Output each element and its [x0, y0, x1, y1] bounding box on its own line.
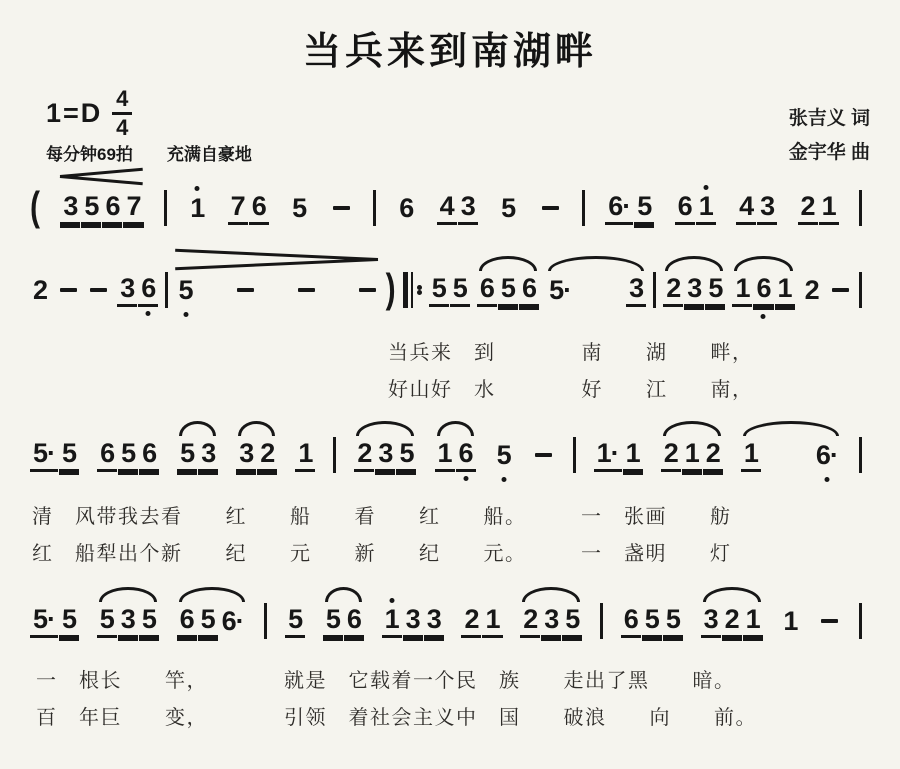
note [87, 275, 110, 305]
note-group: 5 [285, 605, 305, 638]
note: 2 [257, 439, 277, 472]
note-digit: 1 [190, 195, 204, 222]
note: 5 [323, 605, 343, 638]
note: 3 [198, 439, 218, 472]
duration-dash [542, 206, 559, 210]
note-digit: 7 [126, 193, 140, 220]
note-group [57, 275, 80, 305]
note: 1 [780, 606, 800, 636]
note-digit: 2 [260, 440, 274, 467]
octave-dot-below [183, 312, 188, 317]
parenthesis: ) [386, 270, 396, 311]
meter-numerator: 4 [116, 88, 128, 110]
note: 5 [177, 439, 197, 472]
note: 1 [382, 605, 402, 638]
note-group: 21 [798, 192, 839, 225]
note-digit: 6 [624, 606, 638, 633]
note: 5· [30, 605, 58, 638]
note: 5 [139, 605, 159, 638]
octave-dot-below [501, 477, 506, 482]
note-digit: 2 [664, 440, 678, 467]
note: 5 [198, 605, 218, 638]
slur-arc [356, 421, 414, 436]
song-title: 当兵来到南湖畔 [0, 20, 900, 75]
note: 1 [295, 439, 315, 472]
note-digit: 5 [201, 606, 215, 633]
note-digit: 1· [597, 440, 619, 467]
slur-arc [734, 256, 792, 271]
music-line-1: (3567176564356·5614321 [30, 182, 862, 234]
note-digit: 6 [480, 275, 494, 302]
note: 6 [753, 274, 773, 307]
duration-dash [832, 288, 849, 292]
meter-denominator: 4 [116, 117, 128, 139]
note: 3 [117, 274, 137, 307]
note-group: 32 [236, 439, 277, 472]
barline [373, 190, 376, 226]
note-digit: 5 [178, 277, 192, 304]
slur-arc [99, 587, 157, 602]
note: 5 [81, 192, 101, 225]
note-digit: 3 [544, 606, 558, 633]
note-digit: 3 [406, 606, 420, 633]
note-digit: 6 [522, 275, 536, 302]
note-digit: 3 [63, 193, 77, 220]
note: 7 [228, 192, 248, 225]
note-digit: 5 [142, 606, 156, 633]
note: 1 [623, 439, 643, 472]
note: 2 [798, 192, 818, 225]
note-group: 5 [289, 193, 309, 223]
note-group: 5 [175, 275, 378, 305]
note: 1 [435, 439, 455, 472]
note-group: 235 [663, 274, 725, 307]
note-digit: 5· [33, 606, 55, 633]
note-digit: 1 [699, 193, 713, 220]
note-group: 5·5 [30, 439, 79, 472]
note: 4 [736, 192, 756, 225]
note-digit: 7 [231, 193, 245, 220]
note: 4 [437, 192, 457, 225]
slur-arc [179, 587, 245, 602]
note-group: 2 [30, 275, 50, 305]
note-digit: 5 [121, 440, 135, 467]
note: 2 [461, 605, 481, 638]
slur-arc [179, 421, 216, 436]
barline [582, 190, 585, 226]
note: 5 [118, 439, 138, 472]
lyrics-verse2-row2: 红 船犁出个新 纪 元 新 纪 元。 一 盏明 灯 [32, 537, 732, 566]
lyricist-credit: 张吉义 词 [789, 102, 870, 136]
note: 1 [682, 439, 702, 472]
note: 5 [705, 274, 725, 307]
note-group [532, 440, 555, 470]
note: 5 [285, 605, 305, 638]
note-digit: 5 [453, 275, 467, 302]
note-digit: 6 [141, 275, 155, 302]
note-digit: 6 [142, 440, 156, 467]
note-digit: 2 [706, 440, 720, 467]
note: 6 [139, 439, 159, 472]
note: 3 [236, 439, 256, 472]
barline [859, 603, 862, 639]
note: 5· [546, 275, 574, 305]
note: 3 [60, 192, 80, 225]
note-group: 656 [97, 439, 159, 472]
note-group [330, 193, 353, 223]
note: 5 [396, 439, 416, 472]
note-digit: 1 [485, 606, 499, 633]
note-group: 16 [435, 439, 476, 472]
note-group: 5 [498, 193, 518, 223]
barline [859, 437, 862, 473]
note: 5 [663, 605, 683, 638]
note: 1 [696, 192, 716, 225]
duration-dash [821, 619, 838, 623]
repeat-dots [417, 285, 422, 295]
note: 2 [661, 439, 681, 472]
note: 2 [703, 439, 723, 472]
note-digit: 1 [746, 606, 760, 633]
note-digit: 5 [432, 275, 446, 302]
duration-dash [60, 288, 77, 292]
note: 1 [775, 274, 795, 307]
music-line-4: 5·5535656·556133212356553211 [30, 595, 862, 647]
note-group: 21 [461, 605, 502, 638]
note-group: 56 [323, 605, 364, 638]
note: 3 [757, 192, 777, 225]
note-digit: 6· [222, 608, 244, 635]
note-group: 61 [675, 192, 716, 225]
repeat-thick-bar [403, 272, 408, 308]
note-digit: 2 [666, 275, 680, 302]
note-group: 1 [780, 606, 800, 636]
note: 7 [123, 192, 143, 225]
note-digit: 1 [744, 440, 758, 467]
note: 5 [642, 605, 662, 638]
note-group: 656· [177, 605, 247, 638]
note-group: 16· [741, 439, 841, 472]
note-digit: 1 [783, 608, 797, 635]
note [539, 193, 562, 223]
note-digit: 5 [637, 193, 651, 220]
note: 5 [289, 193, 309, 223]
note-group: 5·3 [546, 274, 646, 307]
note: 2 [30, 275, 50, 305]
barline [859, 272, 862, 308]
barline [573, 437, 576, 473]
duration-dash [237, 288, 254, 292]
note-group: 655 [621, 605, 683, 638]
note-digit: 2 [523, 606, 537, 633]
note-digit: 1 [385, 606, 399, 633]
slur-arc [522, 587, 580, 602]
note: 5· [30, 439, 58, 472]
note: 3 [701, 605, 721, 638]
note-digit: 1 [822, 193, 836, 220]
note-digit: 5· [549, 277, 571, 304]
note-group: 161 [732, 274, 794, 307]
note-digit: 6 [399, 195, 413, 222]
note: 1 [741, 439, 761, 472]
note-digit: 5 [100, 606, 114, 633]
note-digit: 3 [239, 440, 253, 467]
note-digit: 3 [629, 275, 643, 302]
expression-mark: 充满自豪地 [167, 140, 252, 165]
parenthesis: ( [30, 188, 40, 229]
note-group: 133 [382, 605, 444, 638]
note-digit: 5 [288, 606, 302, 633]
note: 3 [375, 439, 395, 472]
note: 5 [494, 440, 514, 470]
note: 5 [429, 274, 449, 307]
tempo-bpm: 每分钟69拍 [46, 140, 133, 165]
note-digit: 6 [678, 193, 692, 220]
note-digit: 6 [100, 440, 114, 467]
octave-dot-above [389, 598, 394, 603]
note-digit: 6 [252, 193, 266, 220]
note-digit: 5 [501, 195, 515, 222]
note-digit: 3 [461, 193, 475, 220]
repeat-start-sign [403, 272, 422, 308]
note: 5 [450, 274, 470, 307]
note: 3 [458, 192, 478, 225]
note: 3 [541, 605, 561, 638]
note [829, 275, 852, 305]
note-group: 3567 [60, 192, 143, 225]
note-digit: 6 [459, 440, 473, 467]
note-group [539, 193, 562, 223]
note: 2 [802, 275, 822, 305]
octave-dot-below [761, 314, 766, 319]
barline [600, 603, 603, 639]
lyrics-verse1-row2: 清 风带我去看 红 船 看 红 船。 一 张画 舫 [32, 500, 732, 529]
note-digit: 2 [357, 440, 371, 467]
note-group: 235 [520, 605, 582, 638]
note: 1 [187, 193, 207, 223]
note: 6 [249, 192, 269, 225]
note: 6· [219, 606, 247, 636]
note: 3 [626, 274, 646, 307]
note-digit: 3 [704, 606, 718, 633]
duration-dash [298, 288, 315, 292]
note-digit: 6 [756, 275, 770, 302]
note-group: 1 [295, 439, 315, 472]
barline [164, 190, 167, 226]
note: 6 [97, 439, 117, 472]
note: 6 [675, 192, 695, 225]
note-digit: 3 [121, 606, 135, 633]
note [330, 193, 353, 223]
barline [333, 437, 336, 473]
note-group: 53 [177, 439, 218, 472]
key-signature: 1=D 4 4 [46, 88, 132, 139]
slur-arc [548, 256, 644, 271]
note: 5 [634, 192, 654, 225]
note-digit: 2 [801, 193, 815, 220]
credits: 张吉义 词 金宇华 曲 [789, 102, 870, 170]
octave-dot-above [703, 185, 708, 190]
note-digit: 1 [438, 440, 452, 467]
note-group [818, 606, 841, 636]
note: 2 [663, 274, 683, 307]
decrescendo-mark [175, 251, 378, 267]
note-digit: 5 [399, 440, 413, 467]
note-group: 6·5 [605, 192, 654, 225]
note: 6 [102, 192, 122, 225]
note-digit: 3 [427, 606, 441, 633]
barline [653, 272, 656, 308]
note: 1 [743, 605, 763, 638]
note-digit: 5 [565, 606, 579, 633]
note [295, 275, 318, 305]
note-group: 43 [736, 192, 777, 225]
note-digit: 5 [501, 275, 515, 302]
tempo-line: 每分钟69拍 充满自豪地 [46, 140, 252, 165]
octave-dot-below [463, 476, 468, 481]
note: 5 [59, 605, 79, 638]
note: 1· [594, 439, 622, 472]
slur-arc [665, 256, 723, 271]
note-group: 2 [802, 275, 822, 305]
note: 3 [684, 274, 704, 307]
note: 6 [344, 605, 364, 638]
note: 1 [482, 605, 502, 638]
note: 6· [813, 440, 841, 470]
note-digit: 5 [708, 275, 722, 302]
note-digit: 5 [326, 606, 340, 633]
note: 6 [477, 274, 497, 307]
octave-dot-above [195, 186, 200, 191]
note: 1 [732, 274, 752, 307]
note-group: 1 [187, 193, 207, 223]
note-digit: 5 [497, 442, 511, 469]
note: 6 [456, 439, 476, 472]
slur-arc [325, 587, 362, 602]
note: 5 [498, 274, 518, 307]
note: 5 [59, 439, 79, 472]
note-group: 656 [477, 274, 539, 307]
note-group: 1·1 [594, 439, 643, 472]
note-digit: 1 [298, 440, 312, 467]
note-digit: 6· [608, 193, 630, 220]
slur-arc [743, 421, 839, 436]
lyrics-verse1-row1: 当兵来 到 南 湖 畔， [388, 336, 754, 365]
note: 6 [519, 274, 539, 307]
note-digit: 5 [62, 440, 76, 467]
octave-dot-below [146, 311, 151, 316]
note-digit: 4 [440, 193, 454, 220]
note-digit: 1 [735, 275, 749, 302]
note-group [829, 275, 852, 305]
note-digit: 4 [739, 193, 753, 220]
barline [859, 190, 862, 226]
note: 5 [97, 605, 117, 638]
note: 3 [403, 605, 423, 638]
note: 2 [520, 605, 540, 638]
note-digit: 2 [464, 606, 478, 633]
note: 2 [722, 605, 742, 638]
note: 6 [621, 605, 641, 638]
note-digit: 6· [816, 442, 838, 469]
note-digit: 5· [33, 440, 55, 467]
note: 5 [562, 605, 582, 638]
repeat-thin-bar [411, 272, 413, 308]
slur-arc [703, 587, 761, 602]
note: 2 [354, 439, 374, 472]
lyrics-verse2-row3: 百 年巨 变， 引领 着社会主义中 国 破浪 向 前。 [36, 701, 757, 730]
note: 5 [498, 193, 518, 223]
duration-dash [359, 288, 376, 292]
slur-arc [437, 421, 474, 436]
note: 3 [424, 605, 444, 638]
note-group: 55 [429, 274, 470, 307]
note-group [87, 275, 110, 305]
note-digit: 3 [201, 440, 215, 467]
note-digit: 3 [687, 275, 701, 302]
lyrics-verse2-row1: 好山好 水 好 江 南， [388, 373, 754, 402]
barline [165, 272, 168, 308]
note [532, 440, 555, 470]
note-group: 321 [701, 605, 763, 638]
note-group: 535 [97, 605, 159, 638]
note-digit: 3 [120, 275, 134, 302]
note-digit: 1 [778, 275, 792, 302]
note-digit: 5 [180, 440, 194, 467]
note: 6 [177, 605, 197, 638]
duration-dash [90, 288, 107, 292]
note-group: 5·5 [30, 605, 79, 638]
note-digit: 5 [292, 195, 306, 222]
note [356, 275, 379, 305]
note: 1 [819, 192, 839, 225]
note-digit: 2 [805, 277, 819, 304]
key-tonic: 1=D [46, 98, 102, 129]
note-digit: 6 [105, 193, 119, 220]
music-line-3: 5·5656533212351651·121216· [30, 429, 862, 481]
note-digit: 5 [62, 606, 76, 633]
crescendo-mark [60, 168, 143, 184]
note-group: 76 [228, 192, 269, 225]
slur-arc [238, 421, 275, 436]
music-line-2: 2365)556565·32351612 [30, 264, 862, 316]
note-digit: 5 [84, 193, 98, 220]
note-group: 36 [117, 274, 158, 307]
composer-credit: 金宇华 曲 [789, 136, 870, 170]
note-group: 235 [354, 439, 416, 472]
note-group: 6 [396, 193, 416, 223]
note-group: 212 [661, 439, 723, 472]
note-group: 43 [437, 192, 478, 225]
note-digit: 6 [180, 606, 194, 633]
time-signature: 4 4 [112, 88, 132, 139]
note-group: 5 [494, 440, 514, 470]
slur-arc [663, 421, 721, 436]
note [234, 275, 257, 305]
note: 3 [118, 605, 138, 638]
note-digit: 2 [33, 277, 47, 304]
note-digit: 2 [725, 606, 739, 633]
duration-dash [535, 453, 552, 457]
note [818, 606, 841, 636]
note: 6 [396, 193, 416, 223]
octave-dot-below [824, 477, 829, 482]
note [57, 275, 80, 305]
note-digit: 1 [685, 440, 699, 467]
note: 5 [175, 275, 195, 305]
note: 6· [605, 192, 633, 225]
note-digit: 3 [760, 193, 774, 220]
